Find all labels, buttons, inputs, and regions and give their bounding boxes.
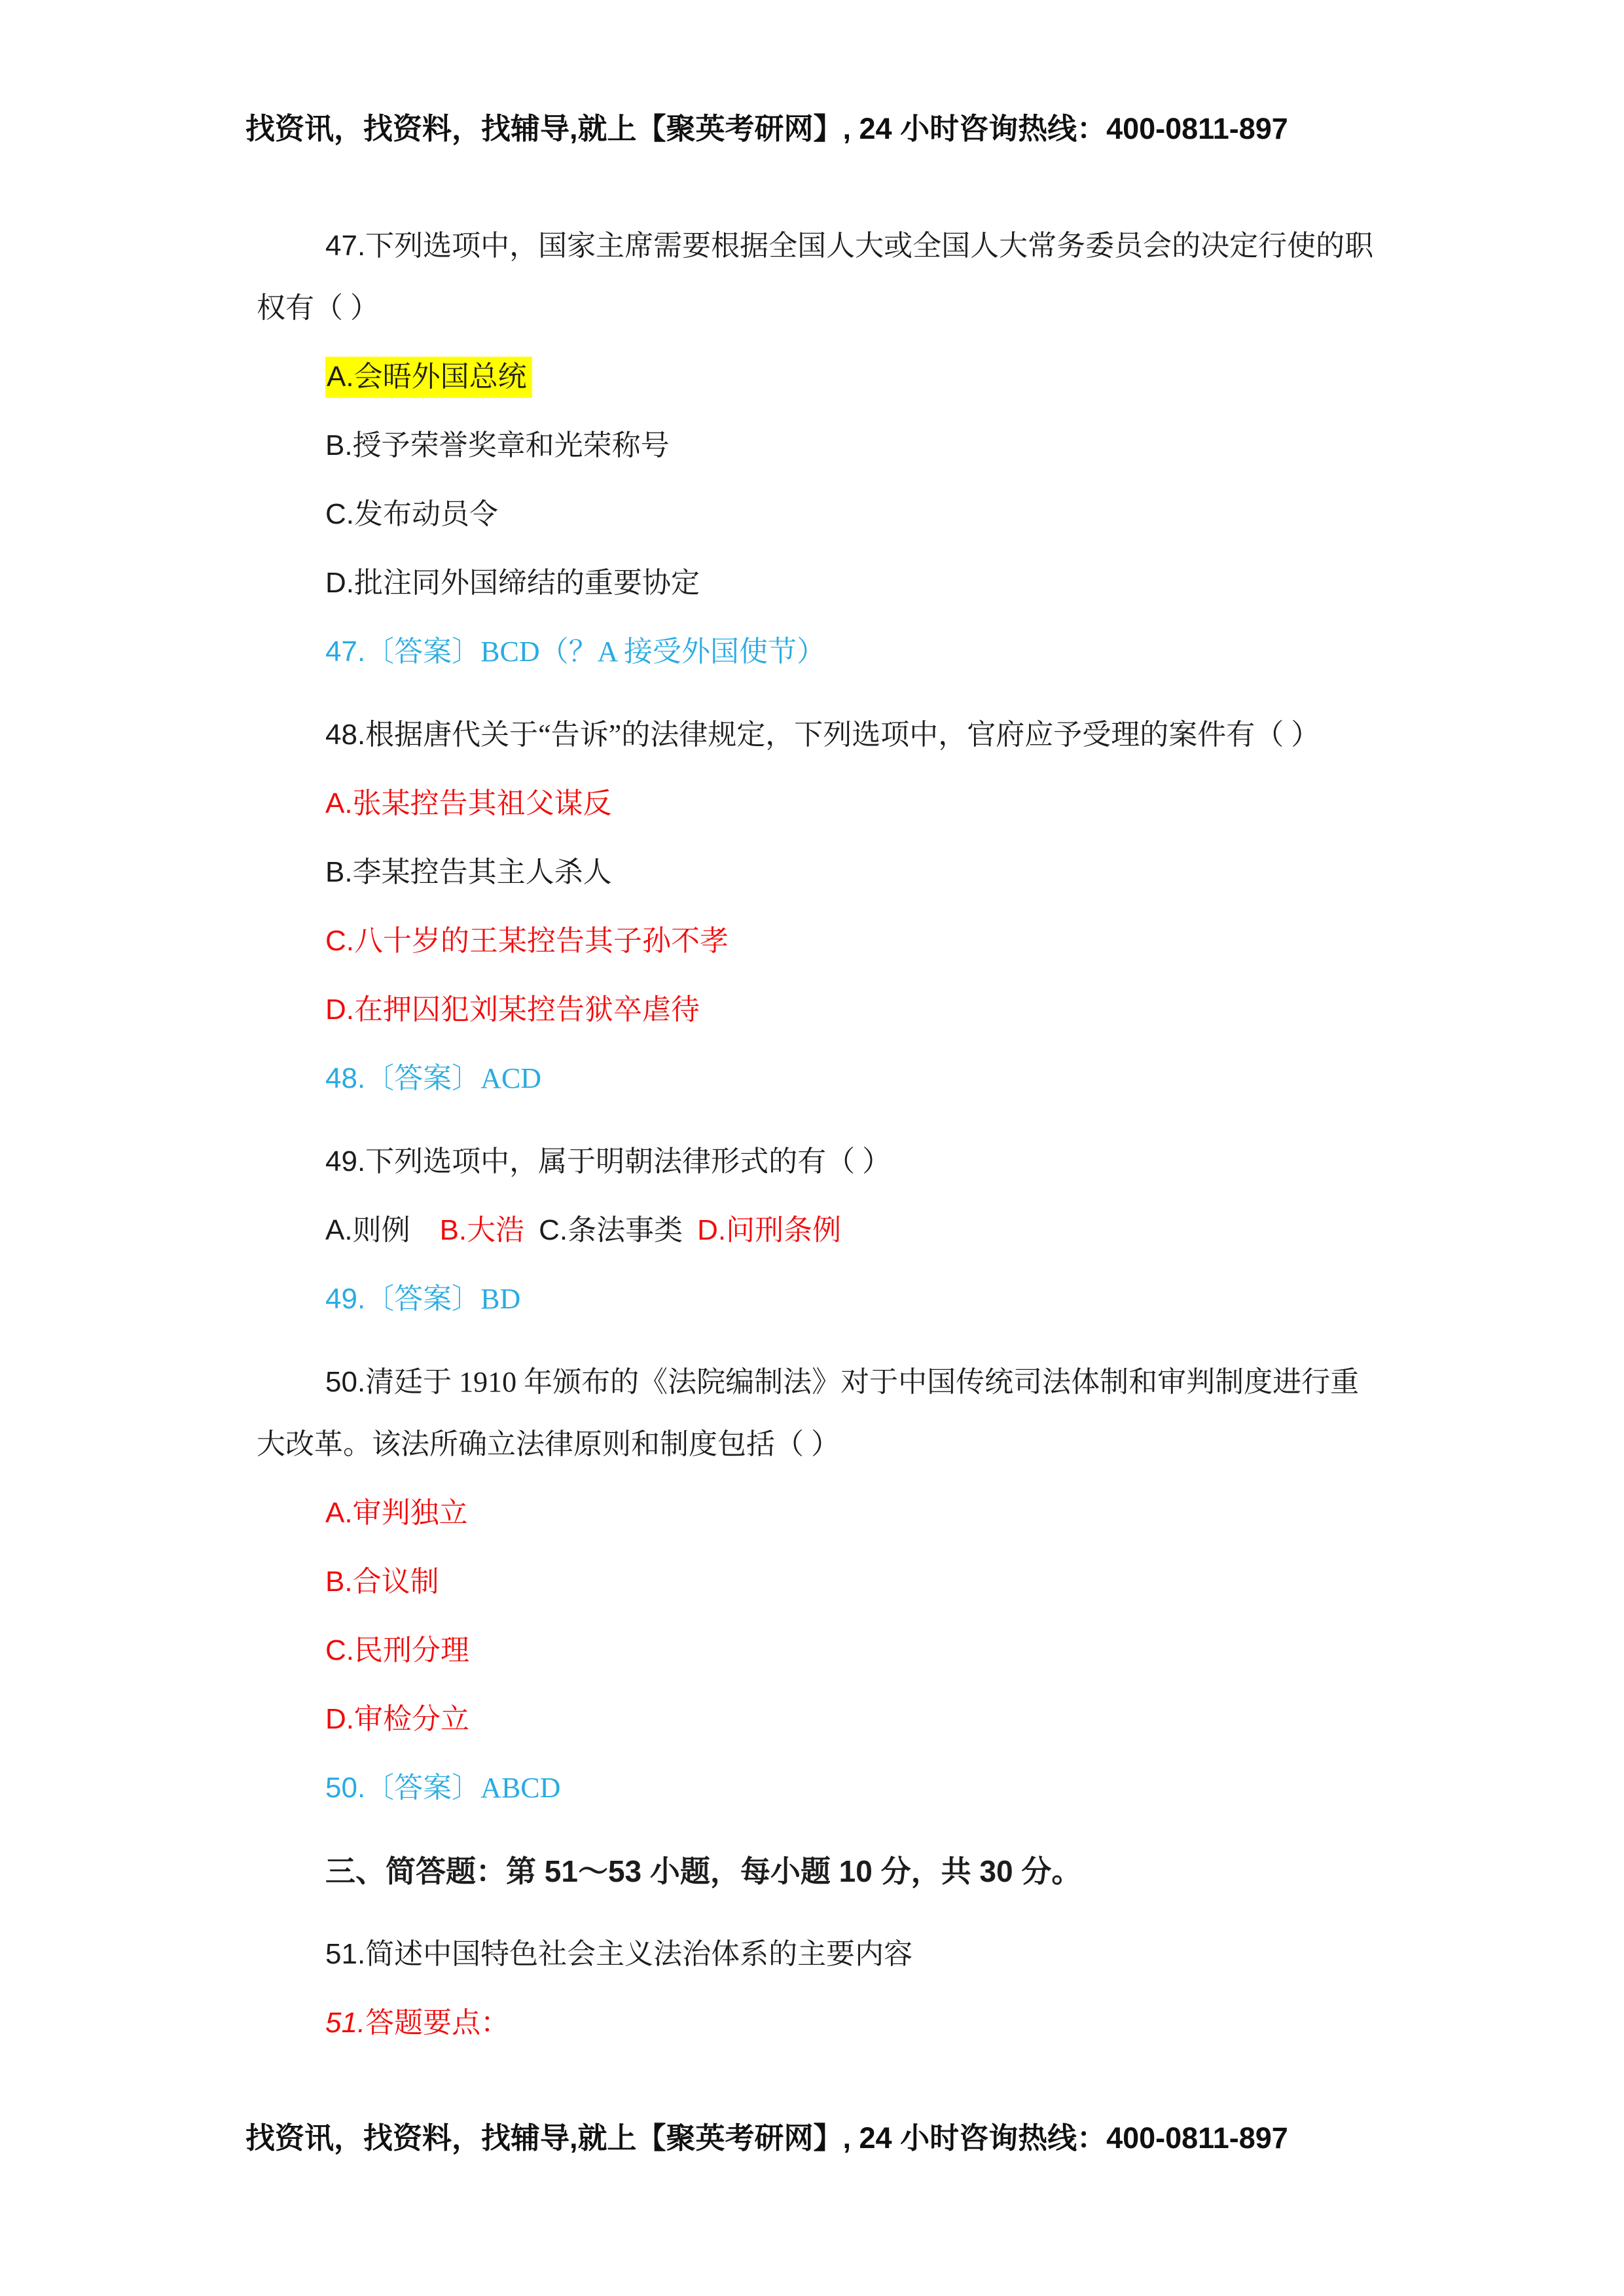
question-50-stem-line-1: 50.清廷于 1910 年颁布的《法院编制法》对于中国传统司法体制和审判制度进行… [257,1364,1435,1401]
question-47-stem-line-1: 47.下列选项中，国家主席需要根据全国人大或全国人大常务委员会的决定行使的职 [257,228,1435,264]
question-50-stem-line-2: 大改革。该法所确立法律原则和制度包括（ ） [257,1426,1435,1463]
page-footer-watermark: 找资讯，找资料，找辅导,就上【聚英考研网】, 24 小时咨询热线：400-081… [245,2119,1428,2157]
question-50-option-c: C.民刑分理 [257,1632,1435,1669]
document-page: 找资讯，找资料，找辅导,就上【聚英考研网】, 24 小时咨询热线：400-081… [0,0,1624,2296]
question-50-answer: 50.〔答案〕ABCD [257,1770,1435,1806]
question-50-option-d: D.审检分立 [257,1701,1435,1738]
page-header-watermark: 找资讯，找资料，找辅导,就上【聚英考研网】, 24 小时咨询热线：400-081… [245,110,1428,148]
question-49-stem: 49.下列选项中，属于明朝法律形式的有（ ） [257,1143,1435,1180]
question-48-option-a: A.张某控告其祖父谋反 [257,785,1435,822]
footer-text: 找资讯，找资料，找辅导,就上【聚英考研网】, 24 小时咨询热线：400-081… [245,2121,1288,2155]
question-49-answer: 49.〔答案〕BD [257,1281,1435,1318]
question-48-stem: 48.根据唐代关于“告诉”的法律规定，下列选项中，官府应予受理的案件有（ ） [257,717,1435,753]
question-49-option-b: B.大浩 [440,1214,525,1246]
question-51-stem: 51.简述中国特色社会主义法治体系的主要内容 [257,1936,1435,1973]
question-47-answer: 47.〔答案〕BCD（？A 接受外国使节） [257,634,1435,670]
question-47-stem-line-2: 权有（ ） [257,290,1435,327]
question-50-option-b: B.合议制 [257,1564,1435,1600]
question-49-option-c: C.条法事类 [539,1214,683,1246]
question-48-option-c: C.八十岁的王某控告其子孙不孝 [257,923,1435,960]
question-47-option-a: A.会晤外国总统 [257,359,1435,395]
header-text: 找资讯，找资料，找辅导,就上【聚英考研网】, 24 小时咨询热线：400-081… [245,112,1288,145]
question-49-number: 49. [325,1145,365,1177]
question-48-option-d: D.在押囚犯刘某控告狱卒虐待 [257,992,1435,1028]
question-48-number: 48. [325,719,365,751]
question-48-answer: 48.〔答案〕ACD [257,1060,1435,1097]
question-47-option-b: B.授予荣誉奖章和光荣称号 [257,427,1435,464]
section-3-heading: 三、简答题：第 51～53 小题，每小题 10 分，共 30 分。 [257,1853,1435,1890]
question-47-number: 47. [325,230,365,262]
question-48-option-b: B.李某控告其主人杀人 [257,854,1435,891]
question-47-option-d: D.批注同外国缔结的重要协定 [257,565,1435,601]
question-50-option-a: A.审判独立 [257,1495,1435,1532]
question-49-option-d: D.问刑条例 [697,1214,841,1246]
question-51-number: 51. [325,1938,365,1970]
question-49-options-row: A.则例B.大浩C.条法事类D.问刑条例 [257,1212,1435,1249]
question-51-key-points-label: 51.答题要点： [257,2005,1435,2041]
question-49-option-a: A.则例 [325,1214,410,1246]
question-47-option-c: C.发布动员令 [257,496,1435,533]
highlighted-option: A.会晤外国总统 [325,357,532,398]
document-body: 47.下列选项中，国家主席需要根据全国人大或全国人大常务委员会的决定行使的职 权… [257,228,1435,2041]
question-50-number: 50. [325,1366,365,1398]
